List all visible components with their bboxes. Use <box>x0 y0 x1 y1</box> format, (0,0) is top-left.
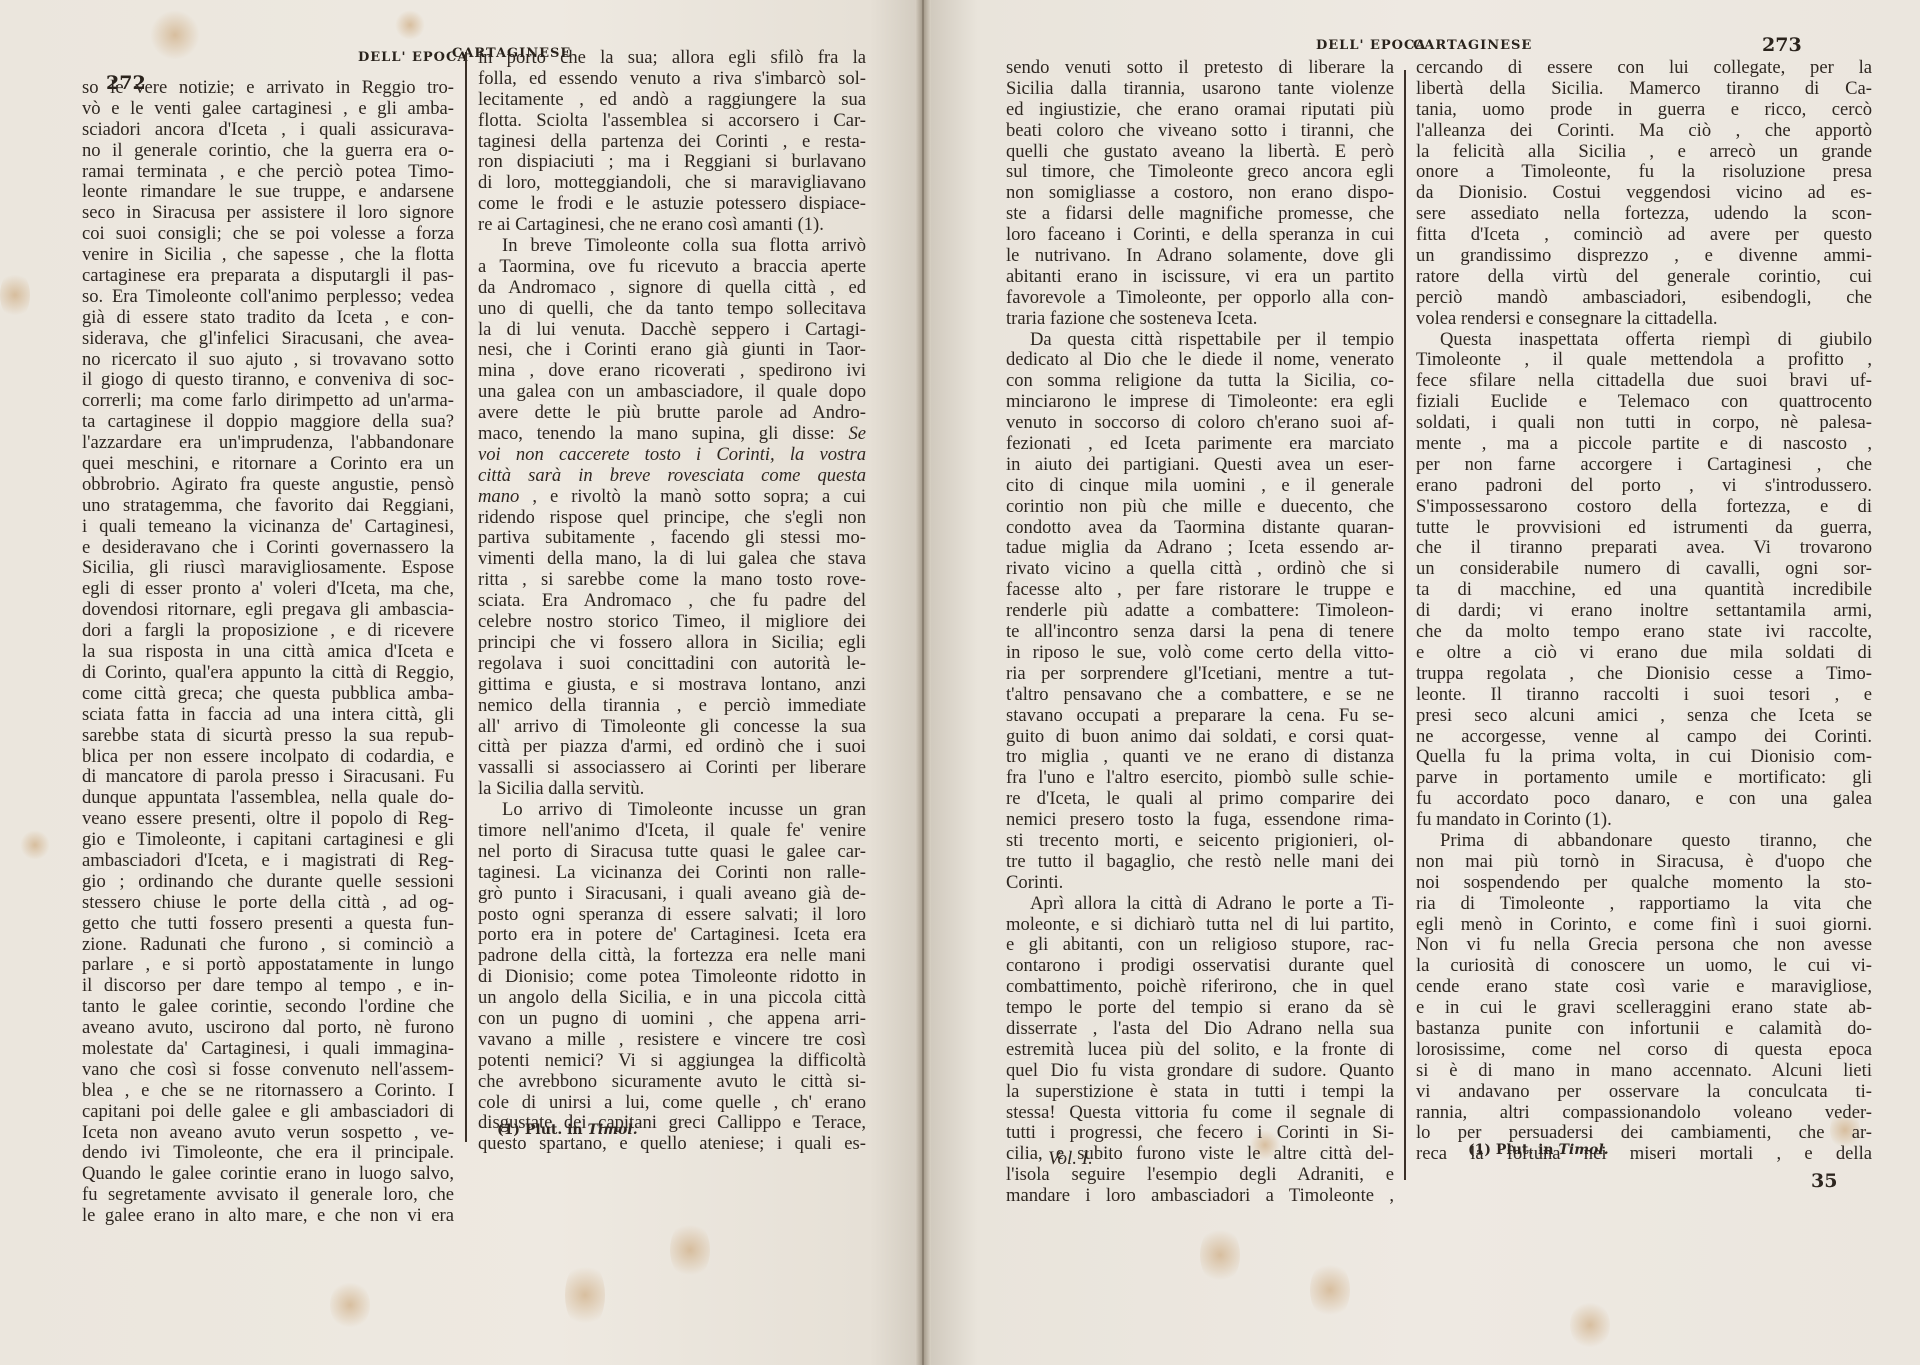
text-line: città sarà in breve rovesciata come ques… <box>478 466 866 487</box>
text-line: t'altro pensavano che a combattere, e se… <box>1006 685 1394 706</box>
text-line: re d'Iceta, le quali al primo comparire … <box>1006 789 1394 810</box>
text-line: Iceta non aveano avuto verun sospetto , … <box>82 1123 454 1144</box>
text-line: gio ; ordinando che durante quelle sessi… <box>82 872 454 893</box>
text-line: di dardi; vi erano inoltre settantamila … <box>1416 601 1872 622</box>
text-line: che avrebbono sicuramente avuto le città… <box>478 1072 866 1093</box>
text-line: grò punto i Siracusani, i quali aveano g… <box>478 884 866 905</box>
text-line: onore a Timoleonte, fu la risoluzione pr… <box>1416 162 1872 183</box>
text-line: città per piazza d'armi, ed ordinò che i… <box>478 737 866 758</box>
text-line: cartaginese era preparata a disputargli … <box>82 266 454 287</box>
text-line: abitanti erano in iscissure, vi era un p… <box>1006 267 1394 288</box>
text-line: Aprì allora la città di Adrano le porte … <box>1006 894 1394 915</box>
text-line: re ai Cartaginesi, che ne erano così ama… <box>478 215 866 236</box>
text-line: fiziali Euclide e Telemaco con quattroce… <box>1416 392 1872 413</box>
text-line: stessa! Questa vittoria fu come il segna… <box>1006 1103 1394 1124</box>
text-line: venire in Sicilia , che sapesse , che la… <box>82 245 454 266</box>
text-line: dovendosi ritornare, egli pregava gli am… <box>82 600 454 621</box>
footnote-marker: (1) <box>497 1122 520 1138</box>
foxing-stain <box>1570 1300 1610 1350</box>
text-line: contarono i prodigi osservatisi durante … <box>1006 956 1394 977</box>
text-line: tania, uomo prode in guerra e ricco, cer… <box>1416 100 1872 121</box>
text-line: un angolo della Sicilia, e in una piccol… <box>478 988 866 1009</box>
text-line: combattimento, poichè riferirono, che in… <box>1006 977 1394 998</box>
text-line: aveano avuto, uscirono dal porto, nè fur… <box>82 1018 454 1039</box>
text-line: Lo arrivo di Timoleonte incusse un gran <box>478 800 866 821</box>
text-line: la superstizione è stata in tutti i temp… <box>1006 1082 1394 1103</box>
foxing-stain <box>20 830 50 860</box>
text-line: in aiuto dei partigiani. Questi avea un … <box>1006 455 1394 476</box>
text-line: parve in portamento umile e mortificato:… <box>1416 768 1872 789</box>
text-line: fu accordato poco danaro, e con una gale… <box>1416 789 1872 810</box>
text-line: per non farne accorgere i Cartaginesi , … <box>1416 455 1872 476</box>
text-line: vano che così si fosse convenuto nell'as… <box>82 1060 454 1081</box>
text-line: Da questa città rispettabile per il temp… <box>1006 330 1394 351</box>
text-line: In breve Timoleonte colla sua flotta arr… <box>478 236 866 257</box>
text-line: con somma religione da tutta la Sicilia,… <box>1006 371 1394 392</box>
text-line: avere dette le più brutte parole ad Andr… <box>478 403 866 424</box>
text-line: il discorso per dare tempo al tempo , e … <box>82 976 454 997</box>
text-line: potenti nemici? Vi si aggiungea la diffi… <box>478 1051 866 1072</box>
text-line: no il generale corintio, che la guerra e… <box>82 141 454 162</box>
text-line: fece sfilare nella cittadella due suoi b… <box>1416 371 1872 392</box>
text-line: l'alleanza dei Corinti. Ma ciò , che app… <box>1416 121 1872 142</box>
text-line: Timoleonte , il quale mettendola a profi… <box>1416 350 1872 371</box>
text-line: fezionati , ed Iceta parimente era marci… <box>1006 434 1394 455</box>
text-line: disserrate , l'asta del Dio Adrano nella… <box>1006 1019 1394 1040</box>
right-page-column-1: sendo venuti sotto il pretesto di libera… <box>1006 58 1394 1207</box>
text-line: sciata fatta in faccia ad una intera cit… <box>82 705 454 726</box>
text-line: e desideravano che i Corinti governasser… <box>82 538 454 559</box>
text-line: blica per non essere incolpato di codard… <box>82 747 454 768</box>
text-line: ritta , si sarebbe come la mano tosto ro… <box>478 570 866 591</box>
text-line: taginesi della partenza dei Corinti , e … <box>478 132 866 153</box>
text-line: presi seco alcuni amici , senza che Icet… <box>1416 706 1872 727</box>
text-line: sciata. Era Andromaco , che fu padre del <box>478 591 866 612</box>
footnote-text: Plut. in <box>525 1122 583 1138</box>
text-line: all' arrivo di Timoleonte gli concesse l… <box>478 717 866 738</box>
text-line: mente , ma a piccole partite e di nascos… <box>1416 434 1872 455</box>
text-line: noi sospendendo per qualche momento la s… <box>1416 873 1872 894</box>
text-line: rannia, altri compassionandolo voleano v… <box>1416 1103 1872 1124</box>
text-line: che da molto tempo erano state ivi racco… <box>1416 622 1872 643</box>
text-line: che il tiranno preparati avea. Vi trovar… <box>1416 538 1872 559</box>
text-line: taginesi. La vicinanza dei Corinti non r… <box>478 863 866 884</box>
text-line: la curiosità di conoscere un uomo, le cu… <box>1416 956 1872 977</box>
text-line: di loro, motteggiandoli, che si maravigl… <box>478 173 866 194</box>
text-line: il giogo di questo tiranno, e conveniva … <box>82 370 454 391</box>
text-line: Quando le galee corintie erano in luogo … <box>82 1164 454 1185</box>
text-line: i quali temeano la vicinanza de' Cartagi… <box>82 517 454 538</box>
text-line: gittima e giusta, e si mostrava lontano,… <box>478 675 866 696</box>
text-line: con un pugno di uomini , che appena arri… <box>478 1009 866 1030</box>
text-line: mano , e rivoltò la manò sotto sopra; a … <box>478 487 866 508</box>
text-line: leonte. Il tiranno raccolti i suoi tesor… <box>1416 685 1872 706</box>
text-line: posto ogni speranza di essere salvati; i… <box>478 905 866 926</box>
text-line: ridendo rispose quel principe, che s'egl… <box>478 508 866 529</box>
text-line: sti trecento morti, e seicento prigionie… <box>1006 831 1394 852</box>
text-line: come città greca; che questa pubblica am… <box>82 684 454 705</box>
text-line: loro faceano i Corinti, e della speranza… <box>1006 225 1394 246</box>
text-line: condotto avea da Taormina distante quara… <box>1006 518 1394 539</box>
text-line: lecitamente , ed andò a raggiungere la s… <box>478 90 866 111</box>
text-line: di Dionisio; come potea Timoleonte ridot… <box>478 967 866 988</box>
text-line: l'azzardare era un'imprudenza, l'abbando… <box>82 433 454 454</box>
text-line: truppa regolata , che Dionisio cesse a T… <box>1416 664 1872 685</box>
text-line: egli di esser pronto a' voleri d'Iceta, … <box>82 579 454 600</box>
text-line: fu mandato in Corinto (1). <box>1416 810 1872 831</box>
foxing-stain <box>395 10 425 40</box>
text-line: vi andavano per osservare la conculcata … <box>1416 1082 1872 1103</box>
text-line: quel Dio fu vista grondare di sudore. Qu… <box>1006 1061 1394 1082</box>
foxing-stain <box>565 1260 605 1330</box>
text-line: volea rendersi e consegnare la cittadell… <box>1416 309 1872 330</box>
text-line: e oltre a ciò vi erano due mila soldati … <box>1416 643 1872 664</box>
text-line: ambasciadori d'Iceta, e i magistrati di … <box>82 851 454 872</box>
text-line: tre tutto il bagaglio, che restò nelle m… <box>1006 852 1394 873</box>
text-line: venuto in soccorso di coloro ch'erano su… <box>1006 413 1394 434</box>
text-line: come le frodi e le astuzie potessero dis… <box>478 194 866 215</box>
text-line: vassalli si associassero ai Corinti per … <box>478 758 866 779</box>
text-line: mandare i loro ambasciadori a Timoleonte… <box>1006 1186 1394 1207</box>
foxing-stain <box>150 10 200 60</box>
text-line: S'impossessarono costoro della fortezza,… <box>1416 497 1872 518</box>
foxing-stain <box>0 270 30 320</box>
text-line: ed ingiustizie, che erano oramai riputat… <box>1006 100 1394 121</box>
running-header-right: DELL' EPOCA <box>1316 38 1426 53</box>
text-line: ria di Timoleonte , rapportiamo la vita … <box>1416 894 1872 915</box>
text-line: le galee erano in alto mare, e che non v… <box>82 1206 454 1227</box>
text-line: ne accorgesse, venne al campo dei Corint… <box>1416 727 1872 748</box>
text-line: Sicilia, gli riuscì maravigliosamente. E… <box>82 558 454 579</box>
text-line: sul timore, che Timoleonte greco ancora … <box>1006 162 1394 183</box>
text-line: ta cartaginese il doppio maggiore della … <box>82 412 454 433</box>
text-line: sendo venuti sotto il pretesto di libera… <box>1006 58 1394 79</box>
text-line: e in cui le gravi scelleraggini erano st… <box>1416 998 1872 1019</box>
text-line: perciò mandò ambasciadori, esibendogli, … <box>1416 288 1872 309</box>
text-line: Corinti. <box>1006 873 1394 894</box>
text-line: cende erano state così varie e maravigli… <box>1416 977 1872 998</box>
text-line: ste a fidarsi delle magnifiche promesse,… <box>1006 204 1394 225</box>
text-line: un considerabile numero di cavalli, ogni… <box>1416 559 1872 580</box>
text-line: si è di mano in mano accennato. Alcuni l… <box>1416 1061 1872 1082</box>
text-line: di Corinto, qual'era appunto la città di… <box>82 663 454 684</box>
text-line: dori a fargli la proposizione , e di ric… <box>82 621 454 642</box>
text-line: regolava i suoi concittadini con autorit… <box>478 654 866 675</box>
footnote-left: (1) Plut. in Timol. <box>497 1122 638 1138</box>
text-line: tadue miglia da Adrano ; Iceta essendo a… <box>1006 538 1394 559</box>
text-line: favorevole a Timoleonte, per opporlo all… <box>1006 288 1394 309</box>
text-line: uno stratagemma, che favorito dai Reggia… <box>82 496 454 517</box>
text-line: fra l'uno e l'altro esercito, piombò sul… <box>1006 768 1394 789</box>
foxing-stain <box>1200 1225 1240 1285</box>
text-line: da Andromaco , signore di quella città ,… <box>478 278 866 299</box>
text-line: so. Era Timoleonte coll'animo perplesso;… <box>82 287 454 308</box>
text-line: so le vere notizie; e arrivato in Reggio… <box>82 78 454 99</box>
text-line: rivato vicino a quella città , ordinò ch… <box>1006 559 1394 580</box>
text-line: beati coloro che viveano sotto i tiranni… <box>1006 121 1394 142</box>
text-line: principi che vi fossero allora in Sicili… <box>478 633 866 654</box>
column-rule-right <box>1404 70 1406 1180</box>
text-line: correrli; ma come farlo dirimpetto ad un… <box>82 391 454 412</box>
text-line: facesse alto , per fare ristorare le tru… <box>1006 580 1394 601</box>
text-line: ria per sorprendere gl'Icetiani, mentre … <box>1006 664 1394 685</box>
text-line: te all'incontro senza darsi la pena di t… <box>1006 622 1394 643</box>
text-line: leonte rimandare le sue truppe, e andars… <box>82 182 454 203</box>
text-line: renderle più adatte a combattere: Timole… <box>1006 601 1394 622</box>
text-line: Questa inaspettata offerta riempì di giu… <box>1416 330 1872 351</box>
text-line: porto era in potere de' Cartaginesi. Ice… <box>478 925 866 946</box>
text-line: zione. Radunati che furono , si cominciò… <box>82 935 454 956</box>
text-line: vò e le venti galee cartaginesi , e gli … <box>82 99 454 120</box>
text-line: voi non caccerete tosto i Corinti, la vo… <box>478 445 866 466</box>
text-line: bastanza punite con infortunii e calamit… <box>1416 1019 1872 1040</box>
text-line: nel porto di Siracusa tutte quasi le gal… <box>478 842 866 863</box>
text-line: tutte le provvisioni ed istrumenti da gu… <box>1416 518 1872 539</box>
footnote-right: (1) Plut. in Timol. <box>1468 1142 1609 1158</box>
text-line: la felicità alla Sicilia , e arrecò un g… <box>1416 142 1872 163</box>
running-header-right-cont: CARTAGINESE <box>1413 38 1532 53</box>
text-line: timore nell'animo d'Iceta, il quale fe' … <box>478 821 866 842</box>
text-line: lorosissime, come nel corso di questa ep… <box>1416 1040 1872 1061</box>
left-page-column-1: so le vere notizie; e arrivato in Reggio… <box>82 78 454 1227</box>
text-line: quei meschini, e ritornare a Corinto era… <box>82 454 454 475</box>
text-line: nesi, che i Corinti erano già giunti in … <box>478 340 866 361</box>
text-line: veano essere presenti, oltre il popolo d… <box>82 809 454 830</box>
text-line: la Sicilia dalla servitù. <box>478 779 866 800</box>
text-line: ta di macchine, ed una quantità incredib… <box>1416 580 1872 601</box>
text-line: una galea con un ambasciadore, il quale … <box>478 382 866 403</box>
text-line: mina , dove erano ricoverati , spedirono… <box>478 361 866 382</box>
text-line: sciadori ancora d'Iceta , i quali assicu… <box>82 120 454 141</box>
text-line: maco, tenendo la mano supina, gli disse:… <box>478 424 866 445</box>
text-line: Non vi fu nella Grecia persona che non a… <box>1416 935 1872 956</box>
signature-mark: 35 <box>1811 1170 1837 1192</box>
text-line: erano padroni del porto , vi s'introduss… <box>1416 476 1872 497</box>
column-rule-left <box>465 52 467 1142</box>
text-line: già di essere stato tradito da Iceta , e… <box>82 308 454 329</box>
text-line: obbrobrio. Agirato fra queste angustie, … <box>82 475 454 496</box>
text-line: tro miglia , quanti ve ne erano di dista… <box>1006 747 1394 768</box>
text-line: di mancatore di parola presso i Siracusa… <box>82 767 454 788</box>
text-line: cole di unirsi a lui, come quelle , ch' … <box>478 1093 866 1114</box>
text-line: tanto le galee corintie, secondo l'ordin… <box>82 997 454 1018</box>
text-line: uno di quelli, che da tanto tempo sollec… <box>478 299 866 320</box>
text-line: ratore della virtù del generale corintio… <box>1416 267 1872 288</box>
text-line: blea , e che se ne ritornassero a Corint… <box>82 1081 454 1102</box>
text-line: parlare , e si portò appostatamente in l… <box>82 955 454 976</box>
foxing-stain <box>1310 1260 1350 1320</box>
text-line: celebre nostro storico Timeo, il miglior… <box>478 612 866 633</box>
text-line: dunque appuntata l'assemblea, nella qual… <box>82 788 454 809</box>
text-line: guito di buon animo dai soldati, e corsi… <box>1006 727 1394 748</box>
footnote-italic: Timol. <box>1559 1142 1609 1158</box>
text-line: la di lui venuta. Dacchè seppero i Carta… <box>478 320 866 341</box>
text-line: traria fazione che sosteneva Iceta. <box>1006 309 1394 330</box>
text-line: egli menò in Corinto, e come finì i suoi… <box>1416 915 1872 936</box>
text-line: estremità lucea più del solito, e la fro… <box>1006 1040 1394 1061</box>
text-line: corintio non più che mille e duecento, c… <box>1006 497 1394 518</box>
text-line: partiva subitamente , facendo gli stessi… <box>478 528 866 549</box>
text-line: Quella fu la prima volta, in cui Dionisi… <box>1416 747 1872 768</box>
text-line: in riposo le sue, volò come certo della … <box>1006 643 1394 664</box>
footnote-marker: (1) <box>1468 1142 1491 1158</box>
text-line: da Dionisio. Costui veggendosi vicino ad… <box>1416 183 1872 204</box>
text-line: coi suoi consigli; che se poi volesse a … <box>82 224 454 245</box>
text-line: tempo le porte del tempio si erano da sè <box>1006 998 1394 1019</box>
text-line: seco in Siracusa per assistere il loro s… <box>82 203 454 224</box>
text-line: vimenti della mano, la di lui galea che … <box>478 549 866 570</box>
left-page-column-2: in porto che la sua; allora egli sfilò f… <box>478 48 866 1155</box>
text-line: getto che tutti fossero presenti a quest… <box>82 914 454 935</box>
volume-mark: Vol. I. <box>1048 1148 1093 1170</box>
text-line: padrone della città, la fortezza era nel… <box>478 946 866 967</box>
text-line: sarebbe stata di sicurtà presso la sua r… <box>82 726 454 747</box>
text-line: tutti i progressi, che fecero i Corinti … <box>1006 1123 1394 1144</box>
text-line: non somigliasse a costoro, non erano dis… <box>1006 183 1394 204</box>
text-line: ron dispiaciuti ; ma i Reggiani si burla… <box>478 152 866 173</box>
text-line: un grandissimo disprezzo , e divenne amm… <box>1416 246 1872 267</box>
text-line: minciarono le imprese di Timoleonte: era… <box>1006 392 1394 413</box>
text-line: nemico della tirannia , e perciò immedia… <box>478 696 866 717</box>
footnote-text: Plut. in <box>1496 1142 1554 1158</box>
text-line: fu segretamente avvisato il generale lor… <box>82 1185 454 1206</box>
text-line: le nutrivano. In Adrano solamente, dove … <box>1006 246 1394 267</box>
text-line: quelli che gustato aveano la libertà. E … <box>1006 142 1394 163</box>
book-gutter <box>915 0 931 1365</box>
text-line: fitta d'Iceta , cominciò ad avere per qu… <box>1416 225 1872 246</box>
right-page-column-2: cercando di essere con lui collegate, pe… <box>1416 58 1872 1165</box>
text-line: in porto che la sua; allora egli sfilò f… <box>478 48 866 69</box>
foxing-stain <box>670 1220 710 1280</box>
text-line: folla, ed essendo venuto a riva s'imbarc… <box>478 69 866 90</box>
text-line: dedicato al Dio che le diede il nome, ve… <box>1006 350 1394 371</box>
text-line: libertà della Sicilia. Mamerco tiranno d… <box>1416 79 1872 100</box>
text-line: no ricercato il suo ajuto , si trovavano… <box>82 350 454 371</box>
text-line: soldati, i quali non tutti in corpo, nè … <box>1416 413 1872 434</box>
text-line: Sicilia dalla tirannia, usarono tante vi… <box>1006 79 1394 100</box>
text-line: la sua risposta in una città amica d'Ice… <box>82 642 454 663</box>
text-line: ramai terminata , e che perciò potea Tim… <box>82 162 454 183</box>
text-line: a Taormina, ove fu ricevuto a braccia ap… <box>478 257 866 278</box>
footnote-italic: Timol. <box>588 1122 638 1138</box>
text-line: molestate da' Cartaginesi, i quali immag… <box>82 1039 454 1060</box>
foxing-stain <box>330 1280 370 1330</box>
text-line: siderava, che gl'infelici Siracusani, ch… <box>82 329 454 350</box>
text-line: stessero chiuse le porte della città , a… <box>82 893 454 914</box>
text-line: dendo ivi Timoleonte, che era il princip… <box>82 1143 454 1164</box>
text-line: e gli abitanti, con un religioso stupore… <box>1006 935 1394 956</box>
text-line: cito di cinque mila uomini , e il genera… <box>1006 476 1394 497</box>
text-line: cercando di essere con lui collegate, pe… <box>1416 58 1872 79</box>
text-line: flotta. Sciolta l'assemblea si accorsero… <box>478 111 866 132</box>
text-line: capitani poi delle galee e gli ambasciad… <box>82 1102 454 1123</box>
text-line: Prima di abbandonare questo tiranno, che <box>1416 831 1872 852</box>
text-line: gio e Timoleonte, i capitani cartaginesi… <box>82 830 454 851</box>
text-line: vavano a mille , resistere e vincere tre… <box>478 1030 866 1051</box>
text-line: non mai più tornò in Siracusa, è d'uopo … <box>1416 852 1872 873</box>
text-line: moleonte, e si dichiarò tutta nel di lui… <box>1006 915 1394 936</box>
text-line: nemici presero tosto la fuga, essendone … <box>1006 810 1394 831</box>
text-line: stavano occupati a preparare la cena. Fu… <box>1006 706 1394 727</box>
page-number-right: 273 <box>1762 34 1802 56</box>
text-line: sere assediato nella fortezza, udendo la… <box>1416 204 1872 225</box>
